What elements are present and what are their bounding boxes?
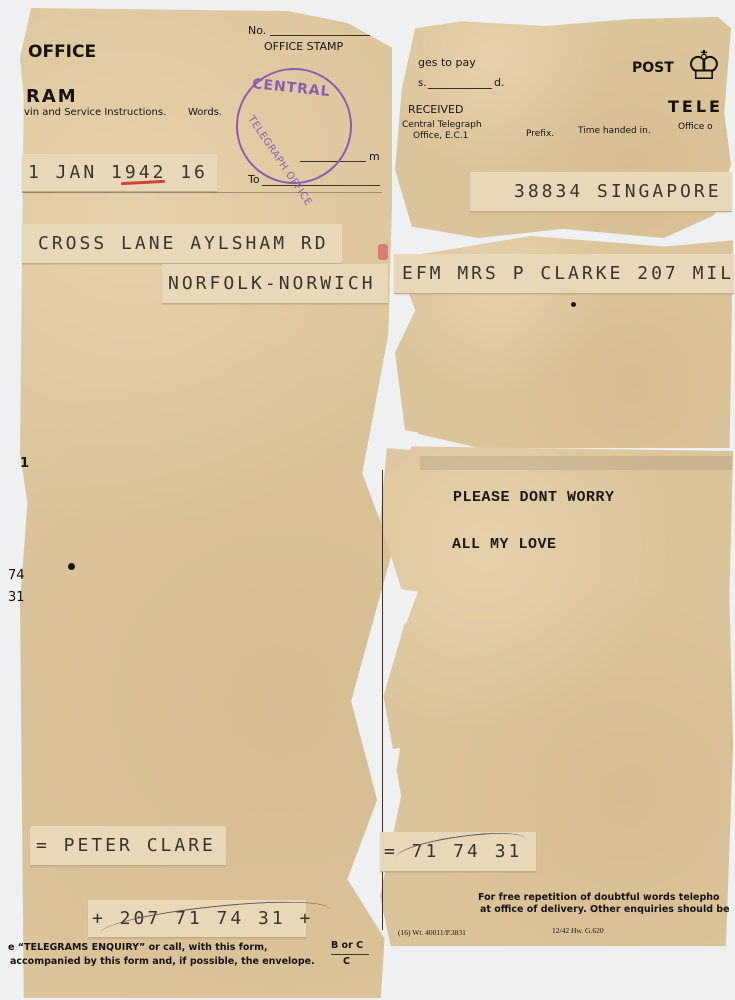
repetition-line-1: For free repetition of doubtful words te… (478, 892, 720, 903)
date-strip: 1 JAN 1942 16 (22, 154, 217, 192)
origin-strip: 38834 SINGAPORE (470, 172, 732, 212)
print-code-2: 12/42 Hw. G.620 (552, 926, 604, 935)
form-header-office: OFFICE (28, 42, 96, 62)
no-label: No. (248, 24, 266, 37)
margin-number-2: 74 (8, 568, 25, 583)
to-label: To (248, 173, 260, 186)
tele-label: TELE (668, 97, 723, 116)
sender-strip: = PETER CLARE (30, 826, 226, 866)
charges-label: ges to pay (418, 56, 476, 69)
margin-number-1: 1 (20, 456, 29, 471)
post-label: POST (632, 60, 674, 76)
received-office-line-2: Office, E.C.1 (413, 131, 468, 141)
shillings-label: s. (418, 78, 426, 89)
ink-dot (571, 302, 576, 307)
c-label: C (343, 956, 350, 967)
repetition-line-2: at office of delivery. Other enquiries s… (480, 904, 730, 915)
to-line (262, 185, 380, 186)
instructions-label: vin and Service Instructions. (24, 107, 166, 118)
fraction-line (331, 954, 369, 955)
ink-dot (68, 563, 75, 570)
print-code: (16) Wt. 40011/P.3831 (398, 928, 466, 937)
no-line (270, 35, 370, 36)
red-mark (378, 244, 388, 260)
address-line-2-strip: NORFOLK-NORWICH (162, 264, 388, 304)
stamp-top-text: CENTRAL (251, 76, 331, 100)
enquiry-line-2: accompanied by this form and, if possibl… (10, 956, 315, 967)
office-of-label: Office o (678, 122, 713, 132)
received-office-line-1: Central Telegraph (402, 120, 482, 130)
margin-number-3: 31 (8, 590, 25, 605)
charges-line (428, 88, 492, 89)
b-or-c-label: B or C (331, 940, 363, 951)
crown-icon: ♔ (686, 46, 722, 86)
prefix-label: Prefix. (526, 129, 554, 139)
pence-label: d. (494, 76, 504, 89)
message-line-2: ALL MY LOVE (452, 536, 557, 553)
tear-gap (366, 748, 400, 770)
enquiry-line-1: e “TELEGRAMS ENQUIRY” or call, with this… (8, 942, 268, 953)
form-header-gram: RAM (26, 86, 78, 107)
received-label: RECEIVED (408, 103, 463, 116)
time-handed-label: Time handed in. (578, 126, 651, 136)
office-stamp-label: OFFICE STAMP (264, 40, 343, 53)
message-line-1: PLEASE DONT WORRY (453, 489, 615, 506)
faded-print-band (420, 456, 732, 470)
address-line-1-strip: CROSS LANE AYLSHAM RD (22, 224, 342, 264)
words-label: Words. (188, 107, 222, 118)
recipient-strip: EFM MRS P CLARKE 207 MIL (394, 254, 734, 294)
form-rule (22, 192, 382, 193)
m-label: m (369, 150, 380, 163)
